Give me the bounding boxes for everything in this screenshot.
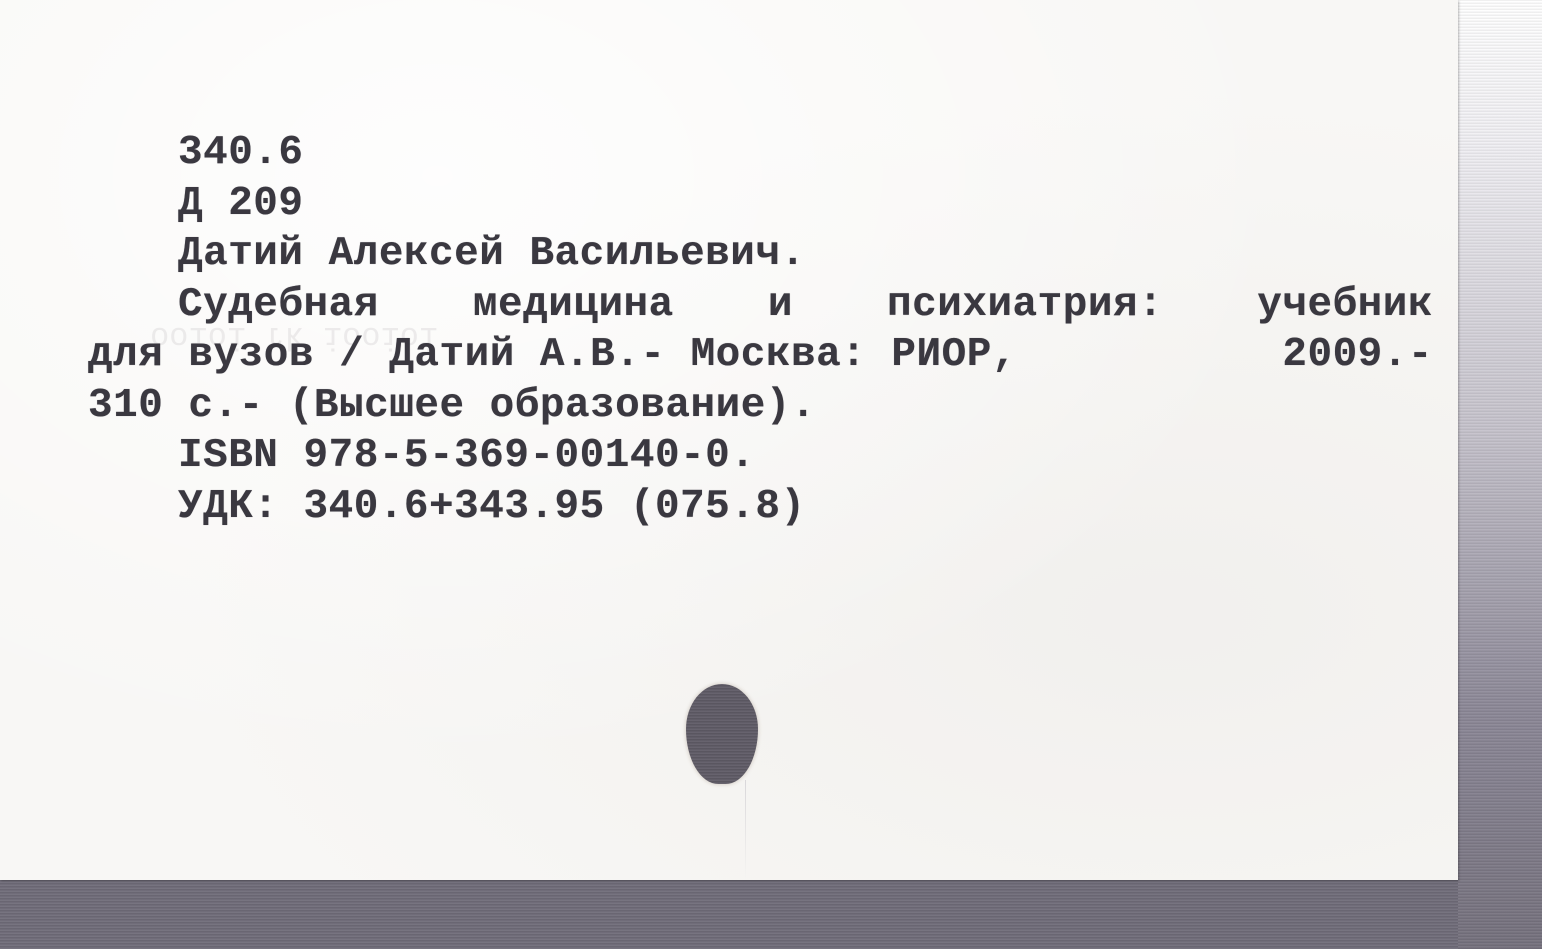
scanner-background-edge [1458, 0, 1542, 949]
udc-code: УДК: 340.6+343.95 (075.8) [88, 482, 1433, 533]
pages-and-series: 310 с.- (Высшее образование). [88, 381, 1433, 432]
classification-number: 340.6 [88, 128, 1433, 179]
author-mark: Д 209 [88, 179, 1433, 230]
word: учебник [1257, 280, 1433, 331]
word: психиатрия: [887, 280, 1163, 331]
catalog-card: ᴉoᴉooᴉ ʞᴊ ᴉoᴉoo 340.6 Д 209 Датий Алексе… [0, 0, 1458, 880]
word: 2009.- [1282, 330, 1433, 381]
isbn: ISBN 978-5-369-00140-0. [88, 431, 1433, 482]
punch-hole [686, 684, 758, 784]
author-name: Датий Алексей Васильевич. [88, 229, 1433, 280]
word: и [768, 280, 793, 331]
title-line-2: для вузов / Датий А.В.- Москва: РИОР, 20… [88, 330, 1433, 381]
title-line-1: Судебная медицина и психиатрия: учебник [88, 280, 1433, 331]
word: для вузов / Датий А.В.- Москва: РИОР, [88, 330, 1017, 381]
paper-crease [745, 780, 746, 880]
word: медицина [473, 280, 674, 331]
card-text: 340.6 Д 209 Датий Алексей Васильевич. Су… [88, 128, 1433, 532]
word: Судебная [178, 280, 379, 331]
